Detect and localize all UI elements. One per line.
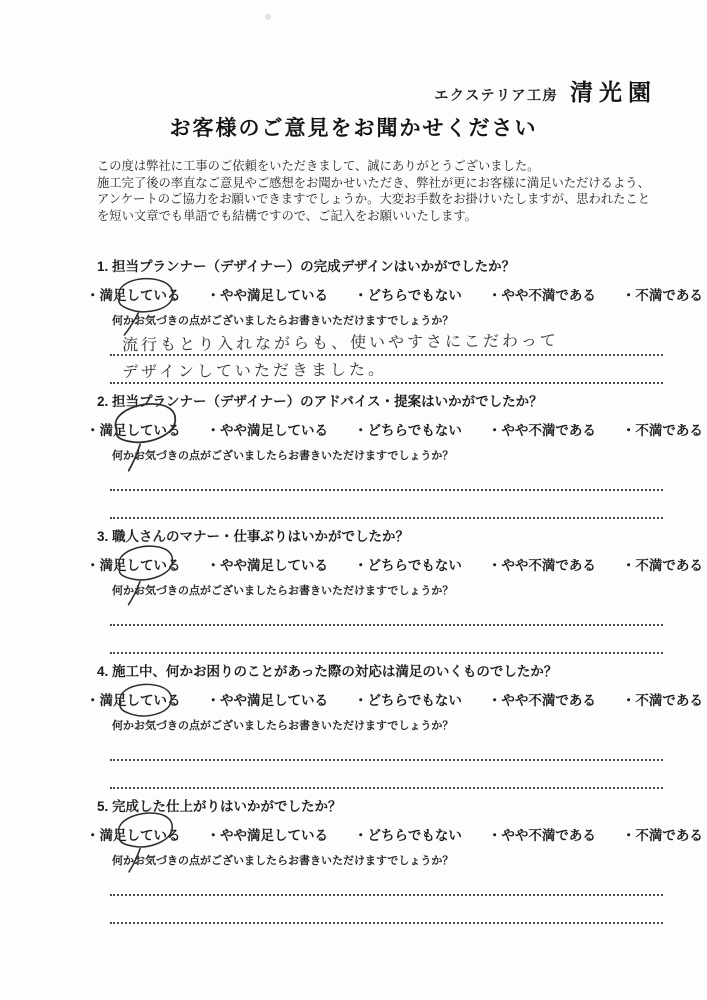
options-row: ・満足している ・やや満足している ・どちらでもない ・やや不満である ・不満で…: [86, 826, 663, 846]
question-number: 3.: [97, 529, 108, 544]
option-neutral: ・どちらでもない: [354, 286, 462, 306]
question-title: 3. 職人さんのマナー・仕事ぶりはいかがでしたか？: [97, 528, 663, 546]
option-label: やや満足している: [220, 828, 328, 843]
question-number: 2.: [97, 394, 108, 409]
option-label: やや満足している: [220, 558, 328, 573]
options-row: ・満足している ・やや満足している ・どちらでもない ・やや不満である ・不満で…: [86, 691, 663, 711]
option-label: やや不満である: [501, 828, 596, 843]
option-dissatisfied: ・不満である: [622, 286, 703, 306]
option-bullet: ・: [86, 288, 100, 303]
answer-line: [110, 761, 663, 789]
option-label: どちらでもない: [368, 558, 462, 573]
option-neutral: ・どちらでもない: [354, 421, 462, 441]
option-neutral: ・どちらでもない: [354, 691, 462, 711]
comment-prompt: 何かお気づきの点がございましたらお書きいただけますでしょうか？: [112, 582, 663, 598]
option-bullet: ・: [488, 423, 502, 438]
option-dissatisfied: ・不満である: [622, 556, 703, 576]
question-title: 2. 担当プランナー（デザイナー）のアドバイス・提案はいかがでしたか？: [97, 393, 663, 411]
comment-prompt: 何かお気づきの点がございましたらお書きいただけますでしょうか？: [112, 447, 663, 463]
question-title: 4. 施工中、何かお困りのことがあった際の対応は満足のいくものでしたか？: [97, 663, 663, 681]
option-bullet: ・: [354, 558, 368, 573]
option-label: どちらでもない: [368, 693, 462, 708]
option-somewhat-dissatisfied: ・やや不満である: [488, 556, 596, 576]
options-row: ・満足している ・やや満足している ・どちらでもない ・やや不満である ・不満で…: [86, 421, 663, 441]
option-satisfied-circled: ・満足している: [86, 691, 181, 711]
option-bullet: ・: [207, 558, 221, 573]
option-neutral: ・どちらでもない: [354, 826, 462, 846]
scanned-questionnaire-page: エクステリア工房 清光園 お客様のご意見をお聞かせください この度は弊社に工事の…: [0, 0, 707, 1000]
option-label: やや不満である: [501, 288, 596, 303]
question-text: 職人さんのマナー・仕事ぶりはいかがでしたか？: [112, 529, 409, 544]
options-row: ・満足している ・やや満足している ・どちらでもない ・やや不満である ・不満で…: [86, 556, 663, 576]
option-bullet: ・: [622, 828, 636, 843]
option-bullet: ・: [622, 423, 636, 438]
option-somewhat-satisfied: ・やや満足している: [207, 691, 329, 711]
option-bullet: ・: [354, 423, 368, 438]
option-label: やや満足している: [220, 423, 328, 438]
option-bullet: ・: [622, 693, 636, 708]
option-dissatisfied: ・不満である: [622, 421, 703, 441]
option-satisfied-circled: ・満足している: [86, 421, 181, 441]
option-bullet: ・: [207, 828, 221, 843]
option-satisfied-circled: ・満足している: [86, 826, 181, 846]
option-dissatisfied: ・不満である: [622, 826, 703, 846]
option-bullet: ・: [488, 558, 502, 573]
questions-list: 1. 担当プランナー（デザイナー）の完成デザインはいかがでしたか？ ・満足してい…: [86, 258, 663, 924]
option-bullet: ・: [488, 693, 502, 708]
answer-line: [110, 491, 663, 519]
answer-line: [110, 733, 663, 761]
question-block-5: 5. 完成した仕上がりはいかがでしたか？ ・満足している ・やや満足している ・…: [86, 798, 663, 924]
option-bullet: ・: [86, 693, 100, 708]
question-text: 完成した仕上がりはいかがでしたか？: [112, 799, 342, 814]
answer-line: 流行もとり入れながらも、使いやすさにこだわって: [110, 328, 663, 356]
handwritten-text: デザインしていただきました。: [122, 357, 387, 383]
option-somewhat-dissatisfied: ・やや不満である: [488, 691, 596, 711]
option-bullet: ・: [622, 558, 636, 573]
option-label: 満足している: [100, 828, 181, 843]
option-bullet: ・: [207, 288, 221, 303]
option-label: やや満足している: [220, 288, 328, 303]
question-block-3: 3. 職人さんのマナー・仕事ぶりはいかがでしたか？ ・満足している ・やや満足し…: [86, 528, 663, 654]
question-block-1: 1. 担当プランナー（デザイナー）の完成デザインはいかがでしたか？ ・満足してい…: [86, 258, 663, 384]
option-somewhat-satisfied: ・やや満足している: [207, 286, 329, 306]
answer-line: [110, 626, 663, 654]
company-name: 清光園: [570, 74, 657, 107]
option-label: やや不満である: [501, 423, 596, 438]
option-somewhat-satisfied: ・やや満足している: [207, 826, 329, 846]
question-title: 5. 完成した仕上がりはいかがでしたか？: [97, 798, 663, 816]
option-somewhat-satisfied: ・やや満足している: [207, 421, 329, 441]
option-bullet: ・: [622, 288, 636, 303]
option-label: 不満である: [635, 828, 703, 843]
option-label: やや満足している: [220, 693, 328, 708]
handwritten-text: 流行もとり入れながらも、使いやすさにこだわって: [122, 328, 559, 356]
option-label: 不満である: [635, 693, 703, 708]
option-bullet: ・: [354, 828, 368, 843]
option-label: どちらでもない: [368, 423, 462, 438]
option-dissatisfied: ・不満である: [622, 691, 703, 711]
question-number: 1.: [97, 259, 108, 274]
option-label: 満足している: [100, 693, 181, 708]
scan-artifact-dot: [265, 14, 271, 20]
answer-line: [110, 896, 663, 924]
option-bullet: ・: [86, 828, 100, 843]
intro-line-1: この度は弊社に工事のご依頼をいただきまして、誠にありがとうございました。: [97, 158, 661, 175]
question-number: 5.: [97, 799, 108, 814]
answer-line: [110, 463, 663, 491]
option-label: どちらでもない: [368, 828, 462, 843]
option-bullet: ・: [488, 288, 502, 303]
option-label: 満足している: [100, 558, 181, 573]
company-logo: エクステリア工房 清光園: [434, 74, 657, 107]
option-satisfied-circled: ・満足している: [86, 556, 181, 576]
comment-prompt: 何かお気づきの点がございましたらお書きいただけますでしょうか？: [112, 717, 663, 733]
option-bullet: ・: [488, 828, 502, 843]
option-bullet: ・: [86, 558, 100, 573]
intro-line-2: 施工完了後の率直なご意見やご感想をお聞かせいただき、弊社が更にお客様に満足いただ…: [97, 175, 661, 225]
question-text: 担当プランナー（デザイナー）のアドバイス・提案はいかがでしたか？: [112, 394, 543, 409]
option-somewhat-dissatisfied: ・やや不満である: [488, 826, 596, 846]
option-label: 満足している: [100, 423, 181, 438]
option-label: 不満である: [635, 423, 703, 438]
option-label: どちらでもない: [368, 288, 462, 303]
option-bullet: ・: [354, 288, 368, 303]
option-somewhat-dissatisfied: ・やや不満である: [488, 421, 596, 441]
question-text: 担当プランナー（デザイナー）の完成デザインはいかがでしたか？: [112, 259, 515, 274]
option-label: 満足している: [100, 288, 181, 303]
company-prefix: エクステリア工房: [434, 85, 558, 105]
option-bullet: ・: [207, 693, 221, 708]
answer-line: デザインしていただきました。: [110, 356, 663, 384]
intro-paragraph: この度は弊社に工事のご依頼をいただきまして、誠にありがとうございました。 施工完…: [97, 158, 661, 224]
question-number: 4.: [97, 664, 108, 679]
comment-prompt: 何かお気づきの点がございましたらお書きいただけますでしょうか？: [112, 312, 663, 328]
answer-line: [110, 868, 663, 896]
option-bullet: ・: [354, 693, 368, 708]
options-row: ・満足している ・やや満足している ・どちらでもない ・やや不満である ・不満で…: [86, 286, 663, 306]
answer-line: [110, 598, 663, 626]
question-block-4: 4. 施工中、何かお困りのことがあった際の対応は満足のいくものでしたか？ ・満足…: [86, 663, 663, 789]
question-text: 施工中、何かお困りのことがあった際の対応は満足のいくものでしたか？: [112, 664, 557, 679]
option-neutral: ・どちらでもない: [354, 556, 462, 576]
option-somewhat-satisfied: ・やや満足している: [207, 556, 329, 576]
option-bullet: ・: [207, 423, 221, 438]
page-title: お客様のご意見をお聞かせください: [0, 0, 707, 142]
question-title: 1. 担当プランナー（デザイナー）の完成デザインはいかがでしたか？: [97, 258, 663, 276]
option-label: 不満である: [635, 558, 703, 573]
comment-prompt: 何かお気づきの点がございましたらお書きいただけますでしょうか？: [112, 852, 663, 868]
option-label: 不満である: [635, 288, 703, 303]
option-somewhat-dissatisfied: ・やや不満である: [488, 286, 596, 306]
option-label: やや不満である: [501, 693, 596, 708]
option-label: やや不満である: [501, 558, 596, 573]
question-block-2: 2. 担当プランナー（デザイナー）のアドバイス・提案はいかがでしたか？ ・満足し…: [86, 393, 663, 519]
option-satisfied-circled: ・満足している: [86, 286, 181, 306]
option-bullet: ・: [86, 423, 100, 438]
